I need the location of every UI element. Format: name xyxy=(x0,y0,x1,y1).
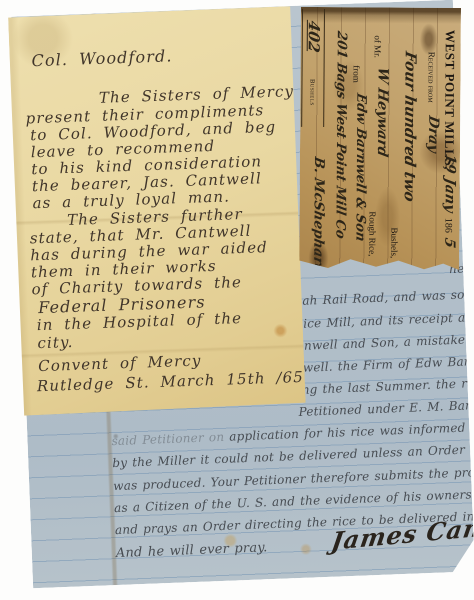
receipt-of-mr-label: of Mr. xyxy=(373,35,383,58)
receipt-rough-rice-label: Rough Rice, xyxy=(367,211,377,256)
petition-fragment: nwell and Son, a mistake as xyxy=(304,332,474,353)
petition-closing: And he will ever pray. xyxy=(116,540,268,561)
receipt-bushels-label: Bushels, xyxy=(389,228,399,259)
scanned-documents-photo: he ah Rail Road, and was som ice Mill, a… xyxy=(0,0,474,600)
receipt-document: WEST POINT MILLS, 19 Jany 186 5 Received… xyxy=(299,7,461,270)
petition-faint-lead: said Petitioner on xyxy=(111,430,229,449)
petition-fragment: well. the Firm of Edw Barnwell xyxy=(303,353,474,375)
receipt-box-number: 402 xyxy=(305,19,323,54)
petition-fragment: ah Rail Road, and was som xyxy=(302,287,474,308)
petition-fragment: ng the last Summer. the receipt xyxy=(301,375,474,397)
letter-line: city. xyxy=(37,333,74,352)
receipt-amount-written: Four hundred two xyxy=(401,50,420,203)
receipt-from-written: Edw Barnwell & Son xyxy=(352,92,368,243)
petition-fragment: ice Mill, and its receipt ackno xyxy=(303,309,474,330)
receipt-received-from-written: Dray xyxy=(425,114,441,154)
receipt-signature: B. McShephard xyxy=(310,156,327,276)
letter-greeting: Col. Woodford. xyxy=(31,46,173,70)
receipt-year-printed: 186 xyxy=(442,218,453,233)
receipt-bushel-box: 402 Bushels xyxy=(299,9,325,127)
receipt-date-written: 19 Jany xyxy=(442,152,458,213)
receipt-from-label: from xyxy=(351,65,361,83)
letter-document: Col. Woodford. The Sisters of Mercy pres… xyxy=(8,6,306,416)
petition-fragment: Petitioned under E. M. Barnwell's xyxy=(298,397,474,419)
receipt-received-from-label: Received from xyxy=(426,52,436,103)
receipt-year-written: 5 xyxy=(441,236,457,249)
receipt-of-mr-written: W Heyward xyxy=(374,66,391,158)
receipt-bags-written: 201 Bags West Point Mill Co xyxy=(332,30,348,240)
receipt-title: WEST POINT MILLS, xyxy=(441,30,458,170)
receipt-box-label: Bushels xyxy=(308,79,315,106)
